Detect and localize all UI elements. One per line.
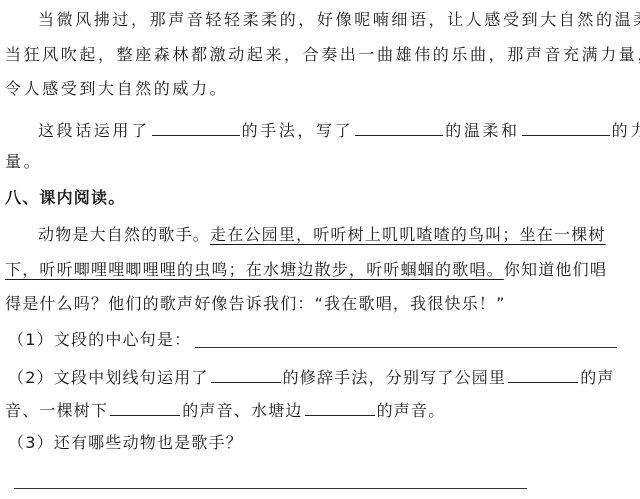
q2-text-4: 音、一棵树下	[5, 401, 108, 420]
answer-blank-tree[interactable]	[110, 398, 180, 416]
passage2-topic-sentence: 动物是大自然的歌手。	[38, 225, 210, 244]
passage2-question-text: 你知道他们唱	[504, 260, 607, 279]
question1-text-4: 的力	[612, 121, 640, 140]
answer-blank-rhetoric[interactable]	[211, 365, 281, 383]
q3-answer-line[interactable]	[14, 488, 527, 489]
q2-line2: 音、一棵树下的声音、水塘边的声音。	[5, 398, 445, 421]
answer-blank-technique[interactable]	[152, 118, 240, 136]
q2-text-5: 的声音、水塘边	[182, 401, 302, 420]
question1-line: 这段话运用了的手法，写了的温柔和的力	[38, 118, 640, 141]
underlined-sentence-part2: 下，听听唧哩哩唧哩哩的虫鸣；在水塘边散步，听听蝈蝈的歌唱。	[5, 260, 504, 279]
section-heading: 八、课内阅读。	[5, 188, 125, 208]
passage2-line2: 下，听听唧哩哩唧哩哩的虫鸣；在水塘边散步，听听蝈蝈的歌唱。你知道他们唱	[5, 260, 607, 280]
passage1-line3: 令人感受到大自然的威力。	[5, 79, 228, 99]
q2-text-6: 的声音。	[377, 401, 446, 420]
passage2-line1: 动物是大自然的歌手。走在公园里，听听树上叽叽喳喳的鸟叫；坐在一棵树	[38, 225, 606, 245]
q2-text-3: 的声	[580, 368, 614, 387]
passage2-line3: 得是什么吗？他们的歌声好像告诉我们：“我在歌唱，我很快乐！”	[5, 294, 506, 314]
passage1-line2: 当狂风吹起，整座森林都激动起来，合奏出一曲雄伟的乐曲，那声音充满力量，	[5, 45, 640, 65]
question1-text-3: 的温柔和	[445, 121, 519, 140]
question1-text-2: 的手法，写了	[242, 121, 354, 140]
question1-text-1: 这段话运用了	[38, 121, 150, 140]
q1-answer-line[interactable]	[195, 347, 617, 348]
q2-line1: （2）文段中划线句运用了的修辞手法，分别写了公园里的声	[8, 365, 615, 388]
q2-text-2: 的修辞手法，分别写了公园里	[283, 368, 507, 387]
passage1-line1: 当微风拂过，那声音轻轻柔柔的，好像呢喃细语，让人感受到大自然的温柔；	[38, 10, 640, 30]
answer-blank-park[interactable]	[508, 365, 578, 383]
answer-blank-pond[interactable]	[305, 398, 375, 416]
q3-label: （3）还有哪些动物也是歌手？	[8, 433, 243, 453]
q2-text-1: （2）文段中划线句运用了	[8, 368, 209, 387]
answer-blank-power[interactable]	[522, 118, 610, 136]
q1-label: （1）文段的中心句是：	[8, 330, 191, 350]
answer-blank-gentle[interactable]	[355, 118, 443, 136]
underlined-sentence-part1: 走在公园里，听听树上叽叽喳喳的鸟叫；坐在一棵树	[210, 225, 606, 244]
question1-line-end: 量。	[5, 152, 42, 172]
